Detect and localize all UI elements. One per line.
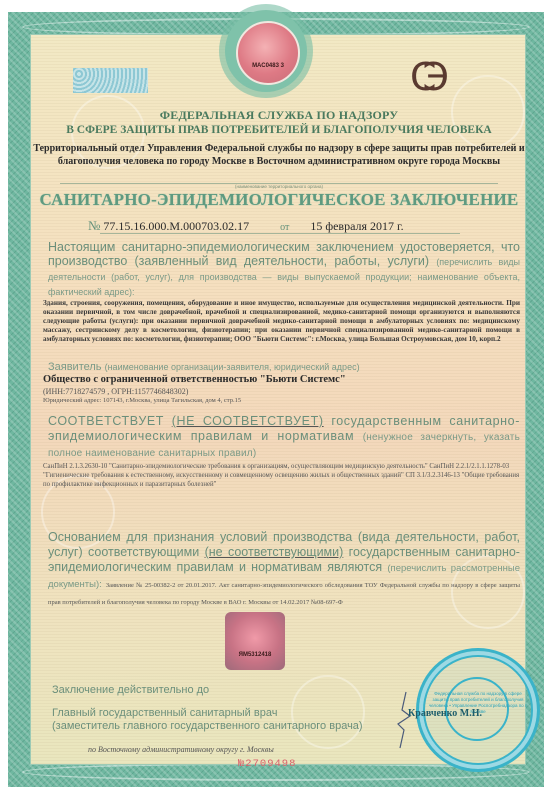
doctor-title-line2: (заместитель главного государственного с… [52,720,363,732]
basis-statement: Основанием для признания условий произво… [48,530,520,610]
hologram-code: МАС0483 3 [238,63,298,69]
territorial-department: Территориальный отдел Управления Федерал… [0,142,558,168]
top-rosette: МАС0483 3 [225,10,307,92]
lead-paragraph: Настоящим санитарно-эпидемиологическим з… [48,240,520,299]
document-date: 15 февраля 2017 г. [310,219,403,233]
applicant-label: Заявитель [48,361,102,373]
conform-no: (НЕ СООТВЕТСТВУЕТ) [172,414,324,428]
divider [100,233,460,234]
applicant-address: Юридический адрес: 107143, г.Москва, ули… [43,397,241,404]
valid-until-label: Заключение действительно до [52,684,209,696]
number-label: № [88,218,100,233]
date-label: от [280,222,289,233]
document-number-row: № 77.15.16.000.М.000703.02.17 от 15 февр… [88,218,404,234]
watermark-ring [291,675,365,749]
applicant-label-row: Заявитель (наименование организации-заяв… [48,361,360,373]
hologram-code: ЯМ5312418 [225,652,285,658]
se-emblem-icon: СЭ [410,55,435,99]
basis-no: (не соответствующими) [205,545,344,559]
signature-icon [392,690,414,750]
sanitary-rules-list: СанПиН 2.1.3.2630-10 "Санитарно-эпидемио… [43,462,520,489]
district-caption: по Восточному административному округу г… [88,745,274,754]
signatory-name: Кравченко М.Н. [408,708,482,719]
basis-documents: Заявление № 25-00382-2 от 20.01.2017. Ак… [48,582,520,606]
conform-yes: СООТВЕТСТВУЕТ [48,414,164,428]
document-number: 77.15.16.000.М.000703.02.17 [103,219,249,233]
document-title: САНИТАРНО-ЭПИДЕМИОЛОГИЧЕСКОЕ ЗАКЛЮЧЕНИЕ [0,190,558,210]
hologram-sticker-bottom: ЯМ5312418 [225,612,285,670]
form-serial-number: №2709498 [238,758,296,770]
agency-name-line2: В СФЕРЕ ЗАЩИТЫ ПРАВ ПОТРЕБИТЕЛЕЙ И БЛАГО… [0,124,558,136]
applicant-hint: (наименование организации-заявителя, юри… [105,362,360,372]
hologram-sticker-top: МАС0483 3 [236,21,300,85]
department-caption: (наименование территориального органа) [0,184,558,189]
applicant-ids: (ИНН:7718274579 , ОГРН:1157746848302) [43,387,188,396]
activity-description: Здания, строения, сооружения, помещения,… [43,299,520,344]
applicant-name: Общество с ограниченной ответственностью… [43,374,346,385]
guilloche-pattern [73,68,148,93]
conformity-statement: СООТВЕТСТВУЕТ (НЕ СООТВЕТСТВУЕТ) государ… [48,414,520,461]
doctor-title-line1: Главный государственный санитарный врач [52,707,277,719]
agency-name-line1: ФЕДЕРАЛЬНАЯ СЛУЖБА ПО НАДЗОРУ [0,108,558,123]
